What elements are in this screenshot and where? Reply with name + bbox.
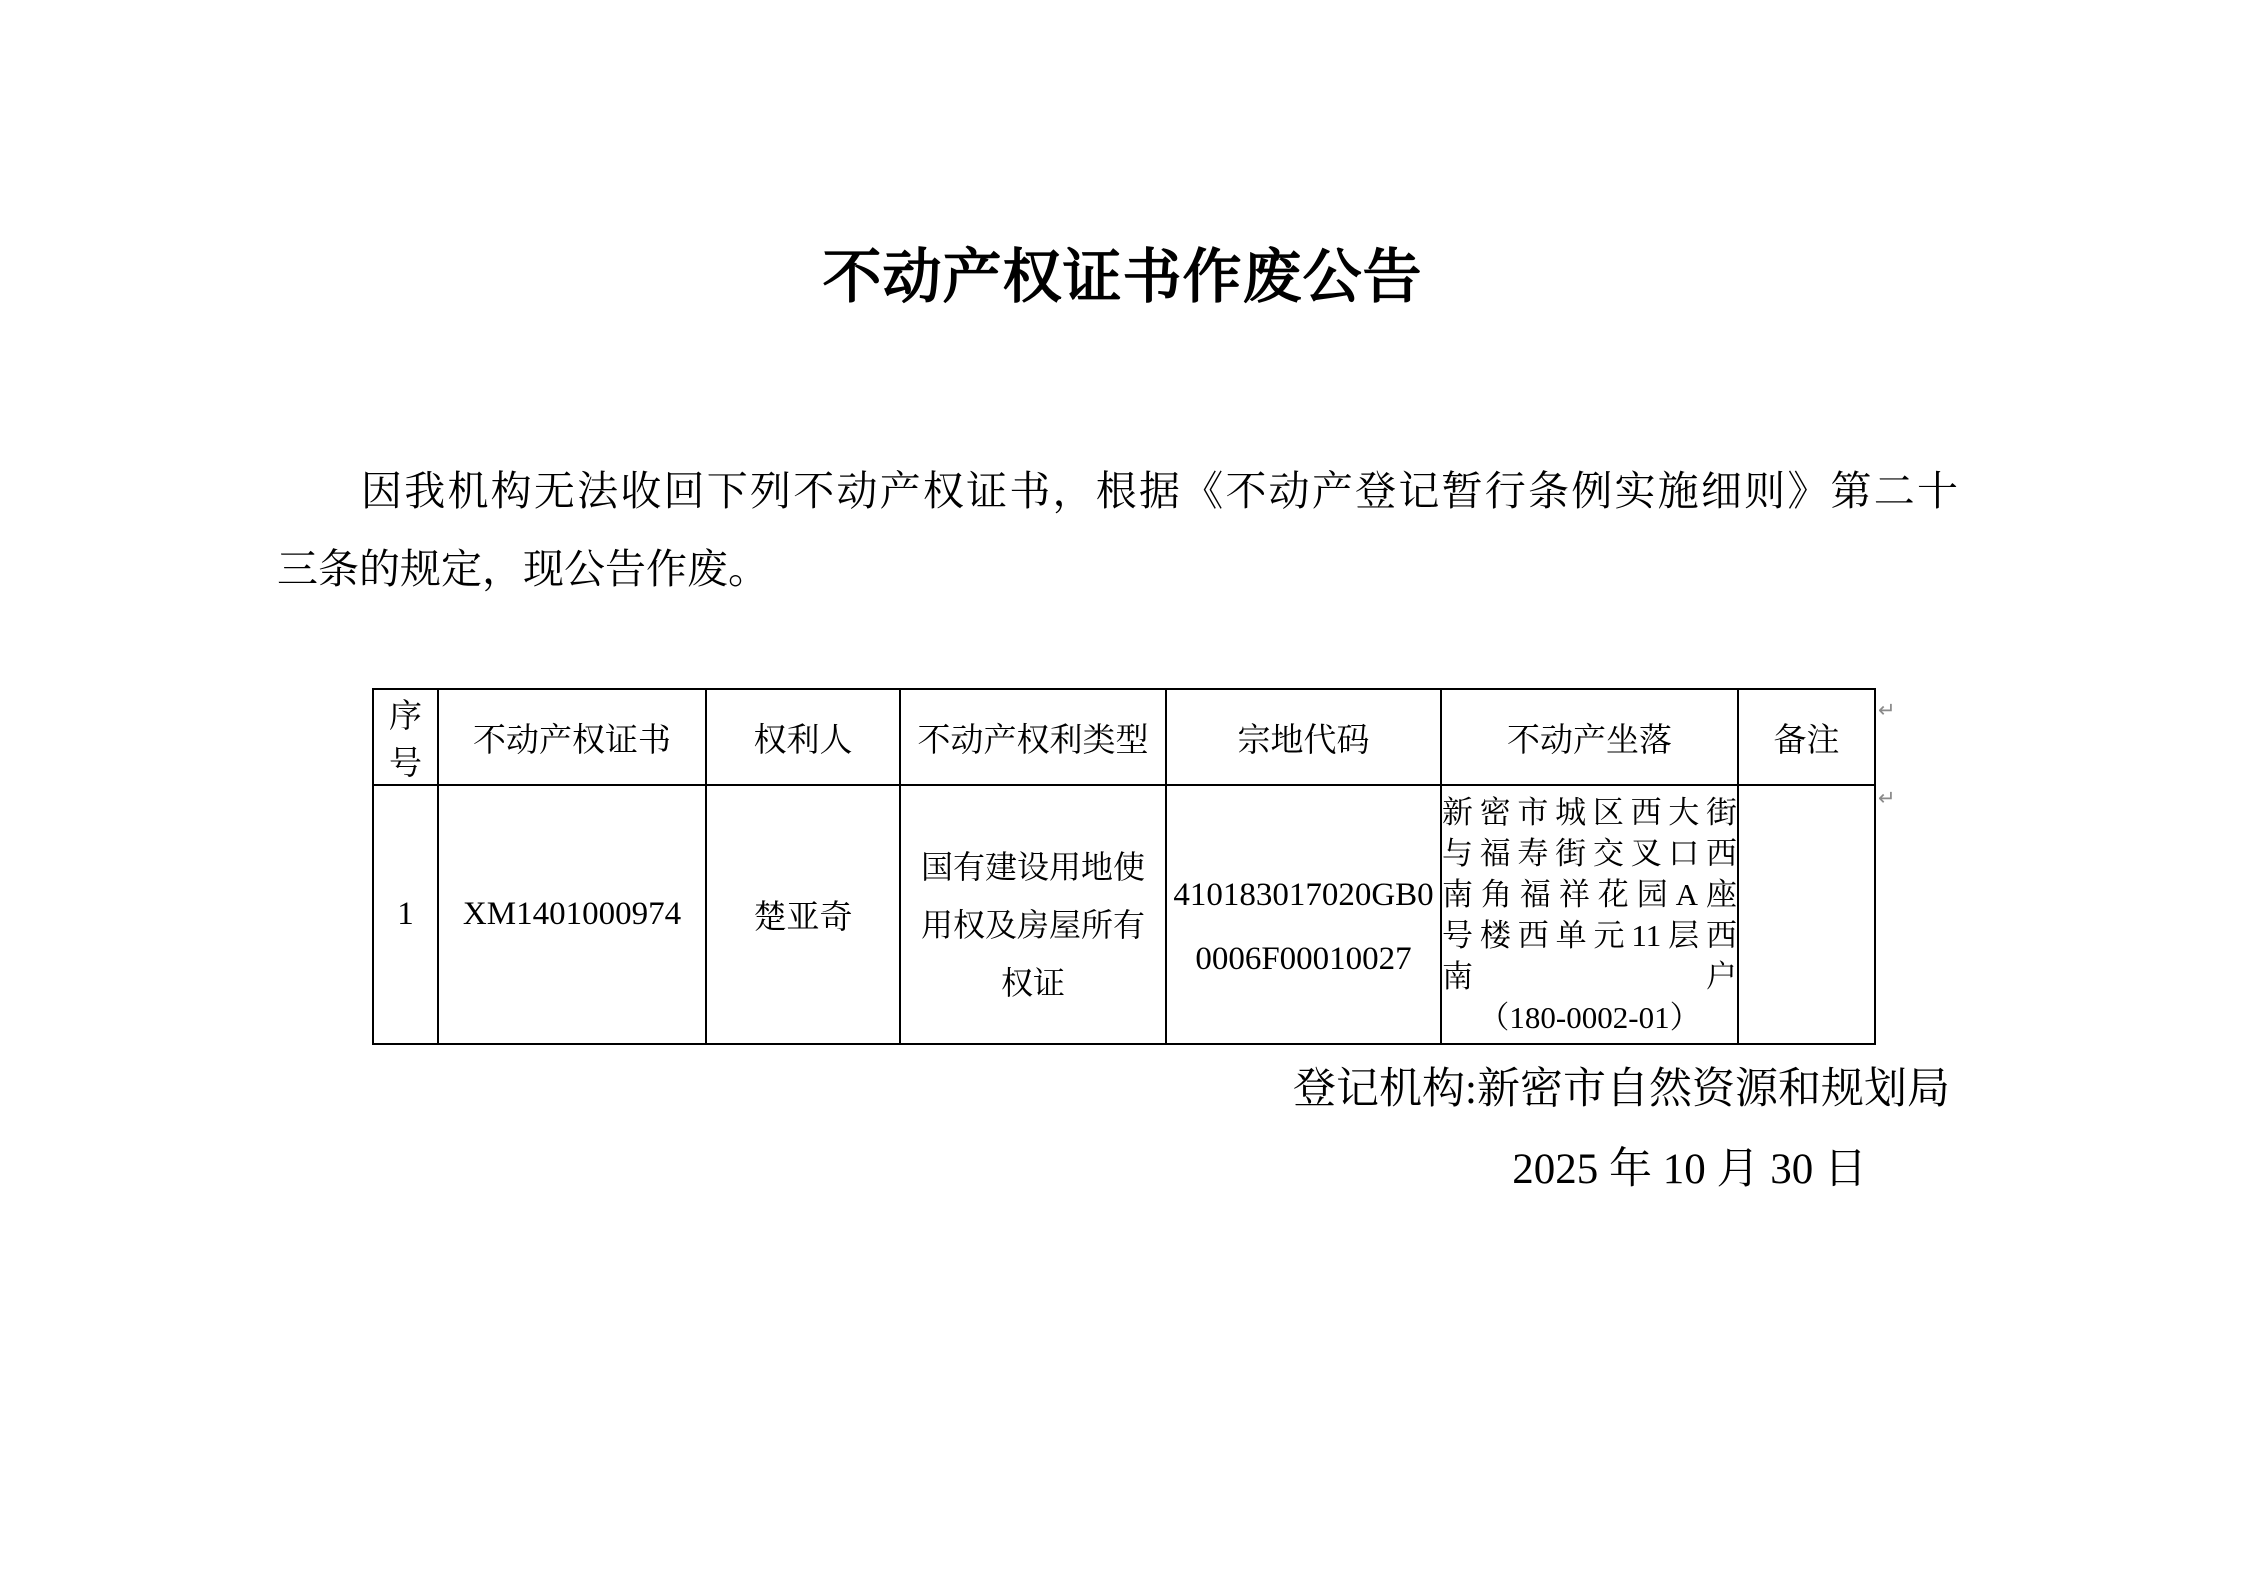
- document-page: 不动产权证书作废公告 因我机构无法收回下列不动产权证书，根据《不动产登记暂行条例…: [0, 0, 2245, 1587]
- header-right-type: 不动产权利类型: [900, 689, 1166, 785]
- cell-right-type-text: 国有建设用地使 用权及房屋所有 权证: [921, 838, 1145, 1012]
- header-location: 不动产坐落: [1441, 689, 1738, 785]
- cell-remark: [1738, 785, 1875, 1044]
- date-line: 2025 年 10 月 30 日: [277, 1142, 1867, 1198]
- location-line-5-left: 南: [1442, 956, 1473, 997]
- header-index: 序号: [373, 689, 438, 785]
- table-header-row: 序号 不动产权证书 权利人 不动产权利类型 宗地代码 不动产坐落 备注: [373, 689, 1875, 785]
- location-line-4: 号楼西单元11层西: [1442, 915, 1737, 956]
- location-line-5-right: 户: [1706, 956, 1737, 997]
- cell-index: 1: [373, 785, 438, 1044]
- certificates-table: 序号 不动产权证书 权利人 不动产权利类型 宗地代码 不动产坐落 备注 1 XM…: [372, 688, 1876, 1045]
- cell-certificate-no: XM1401000974: [438, 785, 706, 1044]
- header-remark: 备注: [1738, 689, 1875, 785]
- location-line-5: 南 户: [1442, 956, 1737, 997]
- location-line-1: 新密市城区西大街: [1442, 792, 1737, 833]
- page-title: 不动产权证书作废公告: [0, 236, 2245, 318]
- notice-paragraph: 因我机构无法收回下列不动产权证书，根据《不动产登记暂行条例实施细则》第二十 三条…: [277, 452, 1958, 608]
- registrar-line: 登记机构:新密市自然资源和规划局: [277, 1062, 1950, 1118]
- header-parcel-code: 宗地代码: [1166, 689, 1441, 785]
- cell-holder: 楚亚奇: [706, 785, 900, 1044]
- header-holder: 权利人: [706, 689, 900, 785]
- cell-parcel-code-text: 410183017020GB0 0006F00010027: [1173, 863, 1433, 991]
- notice-paragraph-line-2: 三条的规定，现公告作废。: [277, 530, 1958, 608]
- cell-end-mark-icon: ↵: [1878, 700, 1896, 721]
- location-line-3: 南角福祥花园A座: [1442, 874, 1737, 915]
- table-row: 1 XM1401000974 楚亚奇 国有建设用地使 用权及房屋所有 权证 41…: [373, 785, 1875, 1044]
- notice-paragraph-line-1: 因我机构无法收回下列不动产权证书，根据《不动产登记暂行条例实施细则》第二十: [277, 452, 1958, 530]
- cell-location: 新密市城区西大街 与福寿街交叉口西 南角福祥花园A座 号楼西单元11层西 南 户…: [1441, 785, 1738, 1044]
- cell-right-type: 国有建设用地使 用权及房屋所有 权证: [900, 785, 1166, 1044]
- cell-end-mark-icon: ↵: [1878, 788, 1896, 809]
- location-line-2: 与福寿街交叉口西: [1442, 833, 1737, 874]
- location-unit-number: （180-0002-01）: [1442, 997, 1737, 1038]
- header-certificate-no: 不动产权证书: [438, 689, 706, 785]
- cell-parcel-code: 410183017020GB0 0006F00010027: [1166, 785, 1441, 1044]
